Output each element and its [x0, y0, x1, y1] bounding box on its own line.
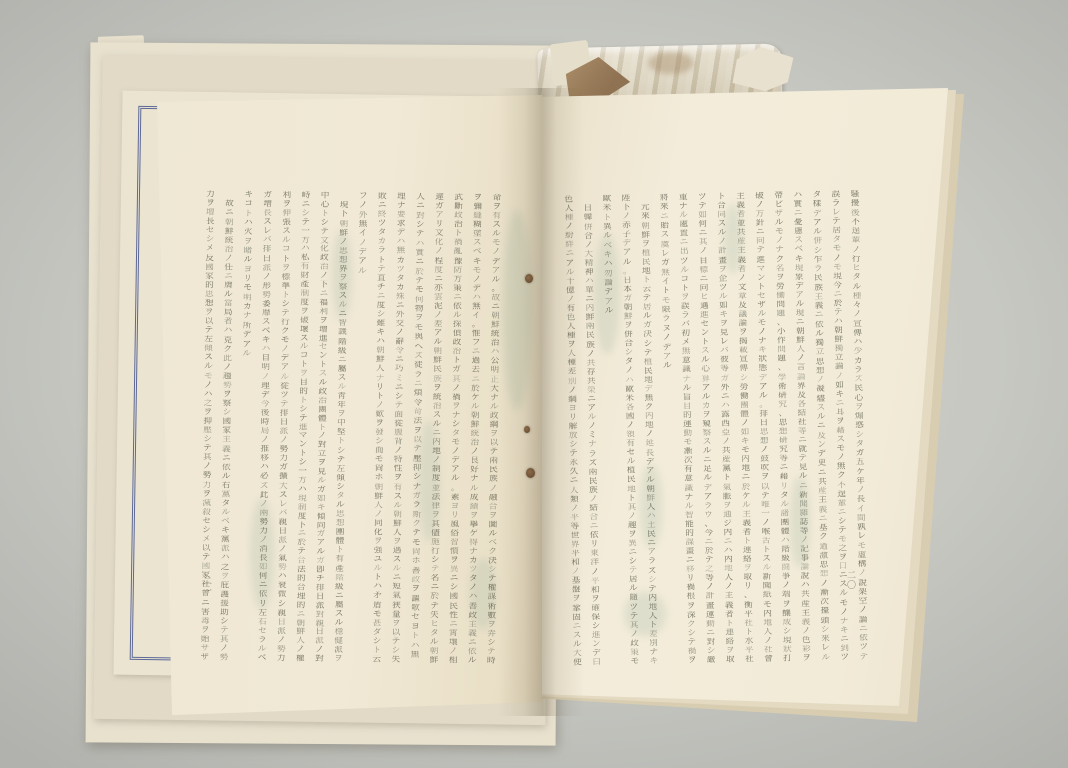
binding-hole	[525, 274, 533, 283]
right-page-text: 騷擾後不逞輩ノ行ヒタル種々ノ宣傳ハ少カラズ民心ヲ煽惑シタガ五ケ年ノ長イ間孰レモ虛…	[559, 190, 874, 668]
right-page-number: 二〇	[844, 570, 857, 590]
brown-stain	[648, 52, 694, 74]
binding-hole	[524, 426, 530, 433]
left-page: 命ヲ有スルモノデアル。故ニ朝鮮統治ハ公明正大ナル政綱ヲ以テ兩民族ノ融合ヲ圖ルベク…	[150, 90, 542, 718]
ink-set-off-smudge	[502, 210, 532, 410]
left-page-number: 二一	[200, 576, 213, 596]
photo-of-open-booklet: 騷擾後不逞輩ノ行ヒタル種々ノ宣傳ハ少カラズ民心ヲ煽惑シタガ五ケ年ノ長イ間孰レモ虛…	[0, 0, 1068, 768]
left-page-text: 命ヲ有スルモノデアル。故ニ朝鮮統治ハ公明正大ナル政綱ヲ以テ兩民族ノ融合ヲ圖ルベク…	[195, 190, 506, 666]
binding-hole	[526, 468, 535, 478]
right-page: 騷擾後不逞輩ノ行ヒタル種々ノ宣傳ハ少カラズ民心ヲ煽惑シタガ五ケ年ノ長イ間孰レモ虛…	[528, 84, 968, 724]
